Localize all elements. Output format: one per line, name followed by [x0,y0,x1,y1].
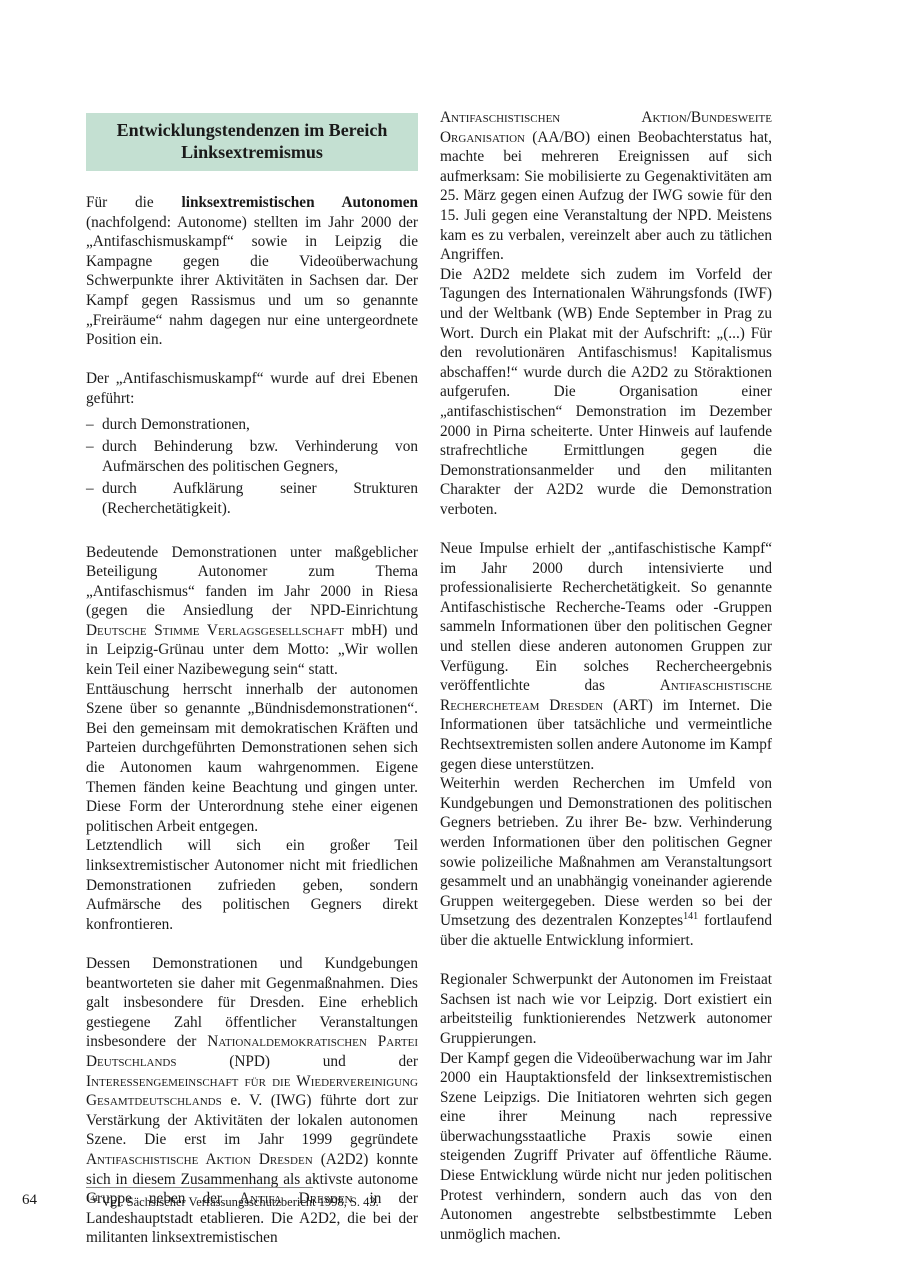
paragraph-confrontation: Letztendlich will sich ein großer Teil l… [86,836,418,934]
footnote-text: Vgl. Sächsischer Verfassungsschutzberich… [99,1195,379,1209]
right-column: Antifaschistischen Aktion/Bundesweite Or… [440,108,772,1244]
paragraph-research: Neue Impulse erhielt der „antifaschistis… [440,539,772,774]
page-number: 64 [22,1192,37,1209]
footnote-reference[interactable]: 141 [683,911,698,922]
left-column: Entwicklungstendenzen im Bereich Linksex… [86,108,418,1248]
list-item: durch Behinderung bzw. Verhinderung von … [86,437,418,476]
paragraph-intro: Für die linksextremistischen Autonomen (… [86,193,418,350]
section-heading: Entwicklungstendenzen im Bereich Linksex… [86,113,418,171]
footnote: 141 Vgl. Sächsischer Verfassungsschutzbe… [86,1194,379,1210]
footnote-divider [86,1187,313,1188]
paragraph-demonstrations: Bedeutende Demonstrationen unter maßgebl… [86,543,418,680]
list-item: durch Demonstrationen, [86,415,418,435]
paragraph-video-surveillance: Der Kampf gegen die Videoüberwachung war… [440,1049,772,1245]
list-item: durch Aufklärung seiner Strukturen (Rech… [86,479,418,518]
paragraph-aabo: Antifaschistischen Aktion/Bundesweite Or… [440,108,772,265]
paragraph-prague: Die A2D2 meldete sich zudem im Vorfeld d… [440,265,772,520]
paragraph-levels: Der „Antifaschismuskampf“ wurde auf drei… [86,369,418,408]
footnote-number: 141 [86,1193,99,1203]
levels-list: durch Demonstrationen, durch Behinderung… [86,415,418,519]
paragraph-leipzig: Regionaler Schwerpunkt der Autonomen im … [440,970,772,1048]
bold-term: linksextremistischen Autonomen [181,194,418,211]
paragraph-further-research: Weiterhin werden Recherchen im Umfeld vo… [440,774,772,950]
heading-text: Entwicklungstendenzen im Bereich Linksex… [117,120,388,162]
paragraph-disappointment: Enttäuschung herrscht innerhalb der auto… [86,680,418,837]
